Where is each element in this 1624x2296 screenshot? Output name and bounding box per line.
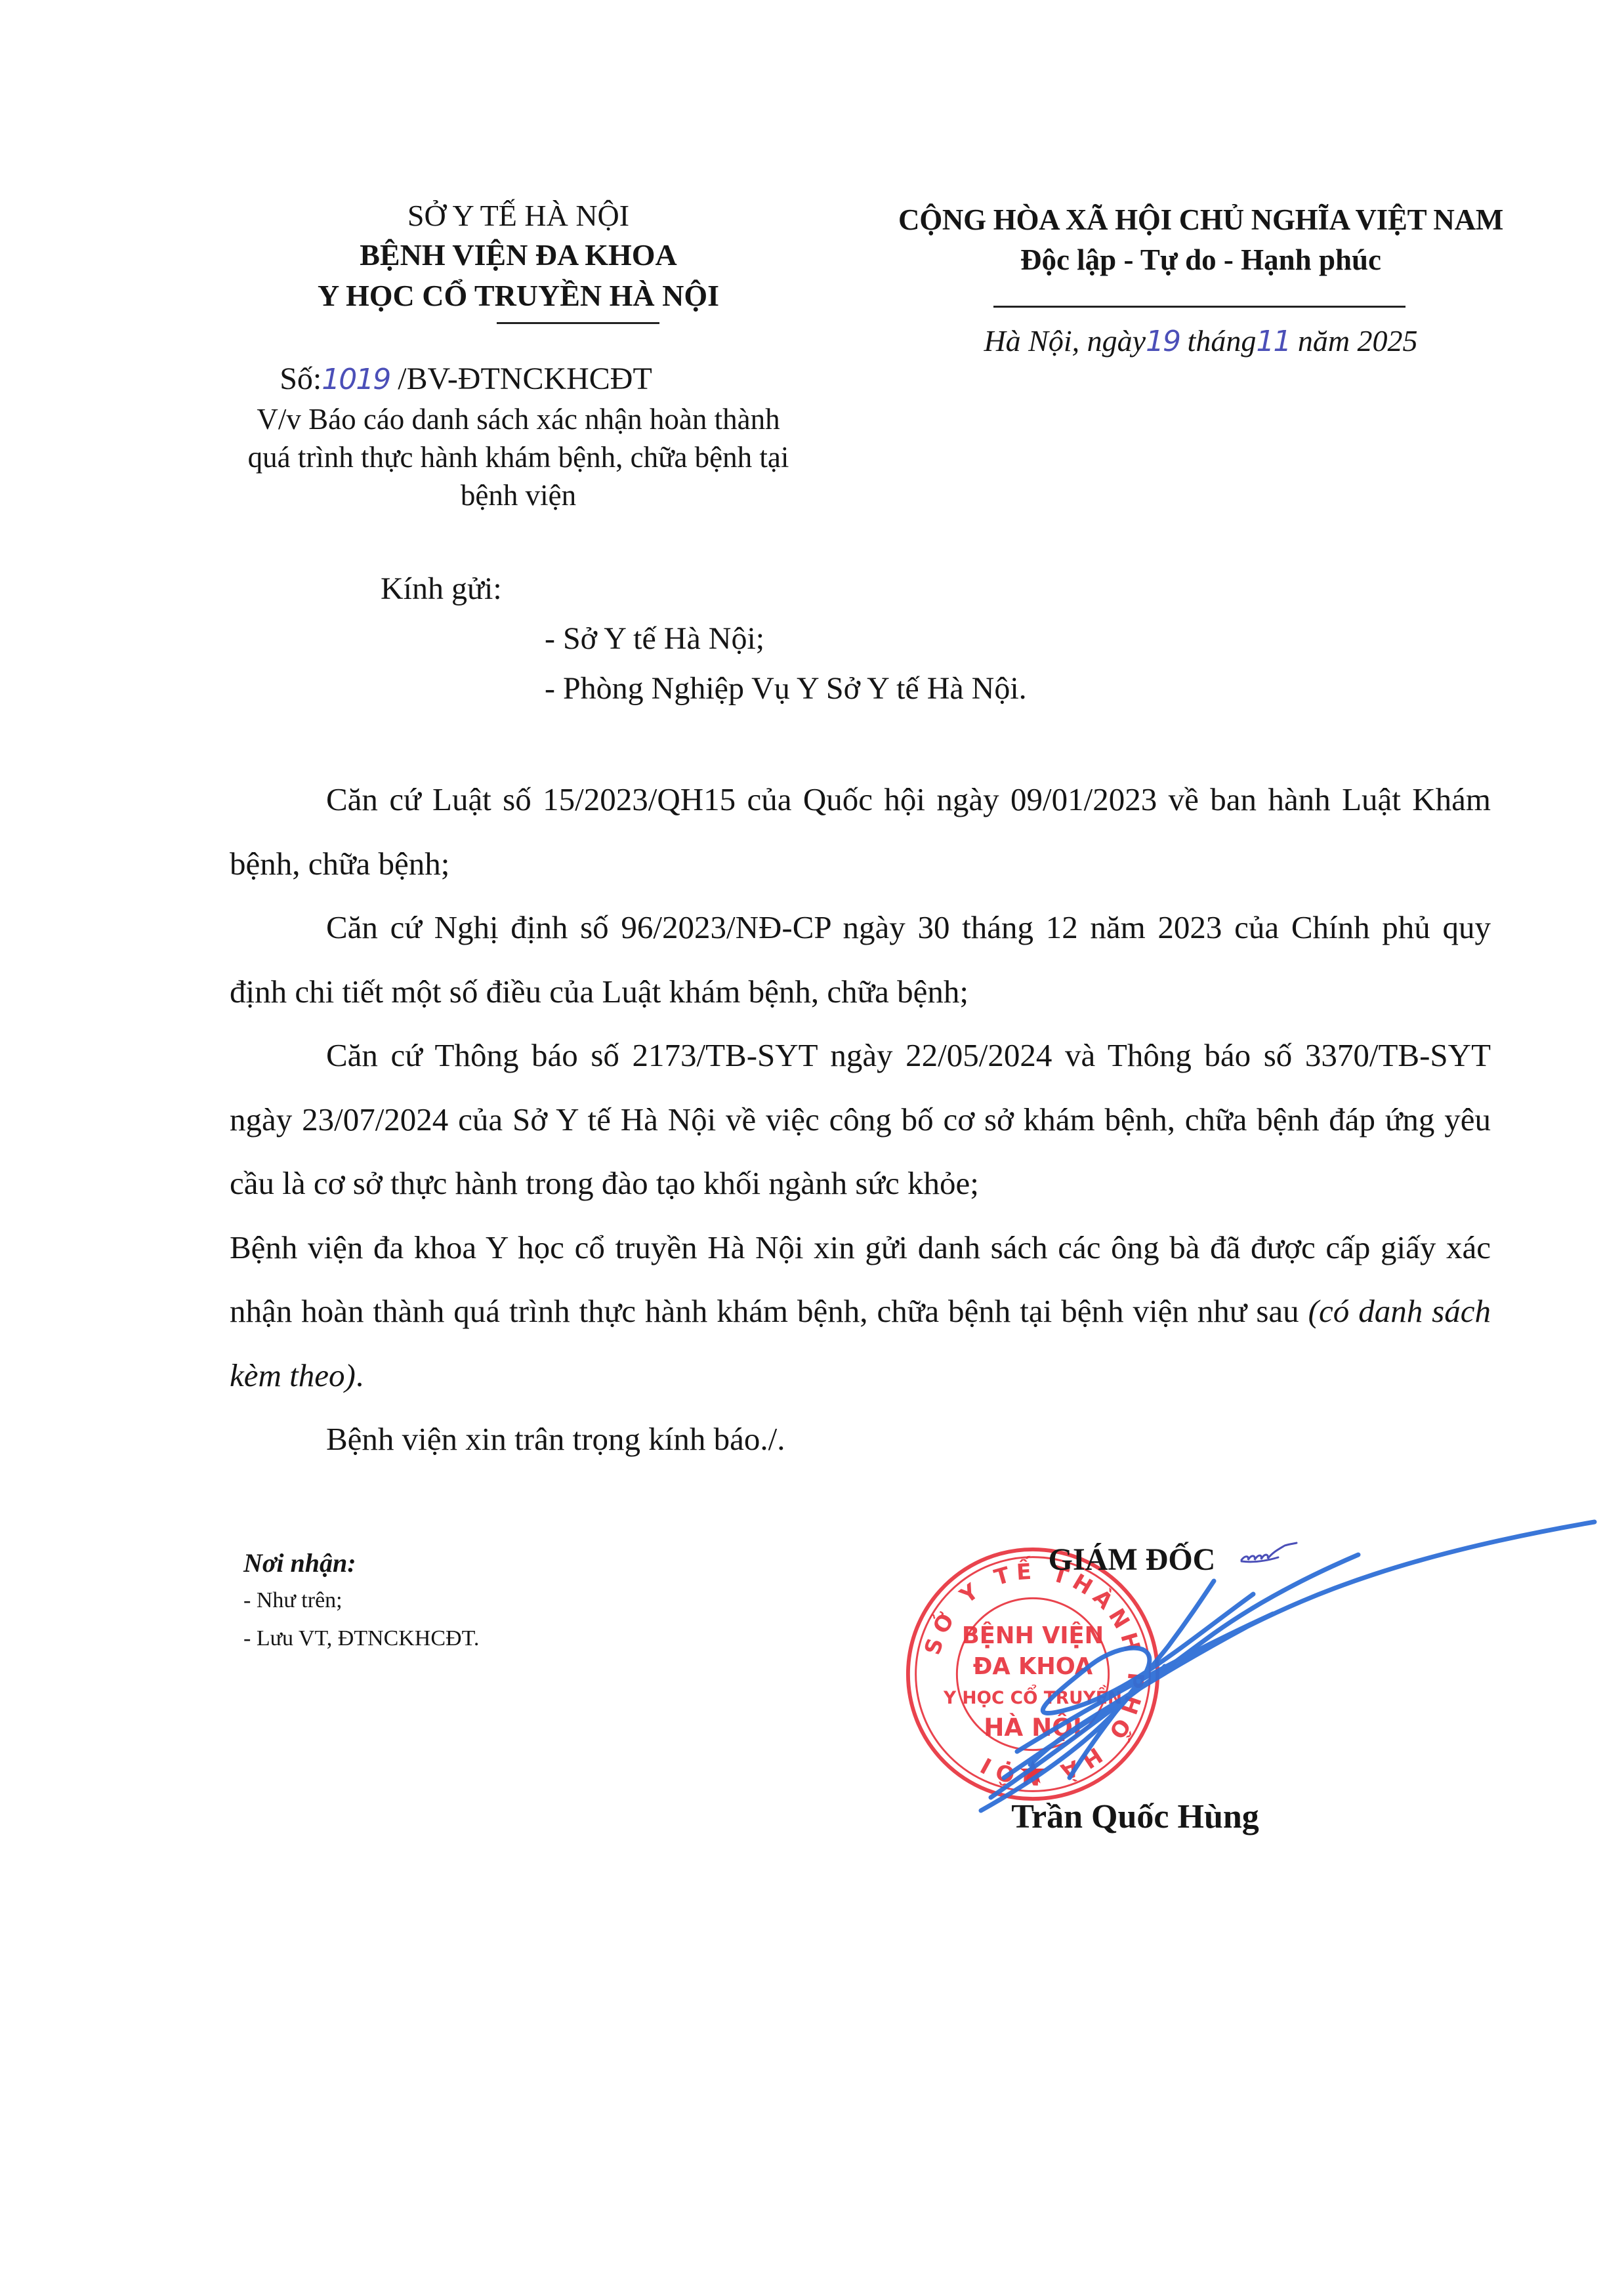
- agency-underline: [497, 322, 659, 324]
- body-paragraph-text: Căn cứ Thông báo số 2173/TB-SYT ngày 22/…: [230, 1037, 1491, 1201]
- body-paragraph: Căn cứ Luật số 15/2023/QH15 của Quốc hội…: [230, 768, 1491, 895]
- date-prefix: Hà Nội, ngày: [984, 324, 1146, 358]
- seal-center-line: BỆNH VIỆN: [962, 1621, 1104, 1649]
- month-label: tháng: [1180, 324, 1256, 358]
- nation-name: CỘNG HÒA XÃ HỘI CHỦ NGHĨA VIỆT NAM: [853, 200, 1549, 239]
- document-subject: V/v Báo cáo danh sách xác nhận hoàn thàn…: [236, 400, 801, 514]
- organization-name-line2: Y HỌC CỔ TRUYỀN HÀ NỘI: [289, 276, 748, 316]
- official-red-seal: SỞ Y TẾ THÀNH PHỐ HÀ NỘI BỆNH VIỆN ĐA KH…: [904, 1546, 1161, 1803]
- place-and-date: Hà Nội, ngày19 tháng11 năm 2025: [853, 321, 1549, 361]
- seal-center-line: Y HỌC CỔ TRUYỀN: [943, 1683, 1122, 1708]
- distribution-list: Nơi nhận: - Như trên; - Lưu VT, ĐTNCKHCĐ…: [243, 1545, 479, 1658]
- closing-line: Bệnh viện xin trân trọng kính báo./.: [230, 1407, 1491, 1471]
- recipient-item: - Phòng Nghiệp Vụ Y Sở Y tế Hà Nội.: [545, 664, 1027, 714]
- seal-center-line: HÀ NỘI: [984, 1713, 1082, 1742]
- letter-body: Căn cứ Luật số 15/2023/QH15 của Quốc hội…: [230, 768, 1491, 1471]
- subject-line: quá trình thực hành khám bệnh, chữa bệnh…: [236, 438, 801, 476]
- parent-agency: SỞ Y TẾ HÀ NỘI: [289, 197, 748, 235]
- initial-mark-icon: [1239, 1538, 1298, 1567]
- subject-line: bệnh viện: [236, 476, 801, 514]
- distribution-item: - Như trên;: [243, 1582, 479, 1620]
- recipients-label: Kính gửi:: [381, 569, 502, 609]
- distribution-title: Nơi nhận:: [243, 1545, 479, 1582]
- body-paragraph: Căn cứ Thông báo số 2173/TB-SYT ngày 22/…: [230, 1023, 1491, 1216]
- year-label: năm 2025: [1290, 324, 1417, 358]
- number-suffix: /BV-ĐTNCKHCĐT: [390, 361, 652, 396]
- national-header: CỘNG HÒA XÃ HỘI CHỦ NGHĨA VIỆT NAM Độc l…: [853, 200, 1549, 280]
- distribution-item: - Lưu VT, ĐTNCKHCĐT.: [243, 1620, 479, 1658]
- recipients-list: - Sở Y tế Hà Nội; - Phòng Nghiệp Vụ Y Sở…: [545, 614, 1027, 714]
- issuing-agency-block: SỞ Y TẾ HÀ NỘI BỆNH VIỆN ĐA KHOA Y HỌC C…: [289, 197, 748, 316]
- signer-name: Trần Quốc Hùng: [971, 1796, 1299, 1838]
- recipient-item: - Sở Y tế Hà Nội;: [545, 614, 1027, 664]
- handwritten-day: 19: [1146, 325, 1180, 358]
- motto-underline: [993, 306, 1405, 308]
- handwritten-number: 1019: [322, 363, 390, 396]
- signer-title: GIÁM ĐỐC: [997, 1540, 1266, 1580]
- body-paragraph: Bệnh viện đa khoa Y học cổ truyền Hà Nội…: [230, 1216, 1491, 1408]
- paragraph-end: .: [356, 1357, 364, 1393]
- document-number: Số:1019 /BV-ĐTNCKHCĐT: [236, 359, 696, 400]
- number-prefix: Số:: [280, 361, 322, 396]
- handwritten-month: 11: [1256, 325, 1290, 358]
- organization-name-line1: BỆNH VIỆN ĐA KHOA: [289, 235, 748, 276]
- body-paragraph-text: Bệnh viện đa khoa Y học cổ truyền Hà Nội…: [230, 1229, 1491, 1330]
- seal-center-line: ĐA KHOA: [973, 1653, 1093, 1680]
- subject-line: V/v Báo cáo danh sách xác nhận hoàn thàn…: [236, 400, 801, 438]
- national-motto: Độc lập - Tự do - Hạnh phúc: [853, 239, 1549, 280]
- body-paragraph: Căn cứ Nghị định số 96/2023/NĐ-CP ngày 3…: [230, 895, 1491, 1023]
